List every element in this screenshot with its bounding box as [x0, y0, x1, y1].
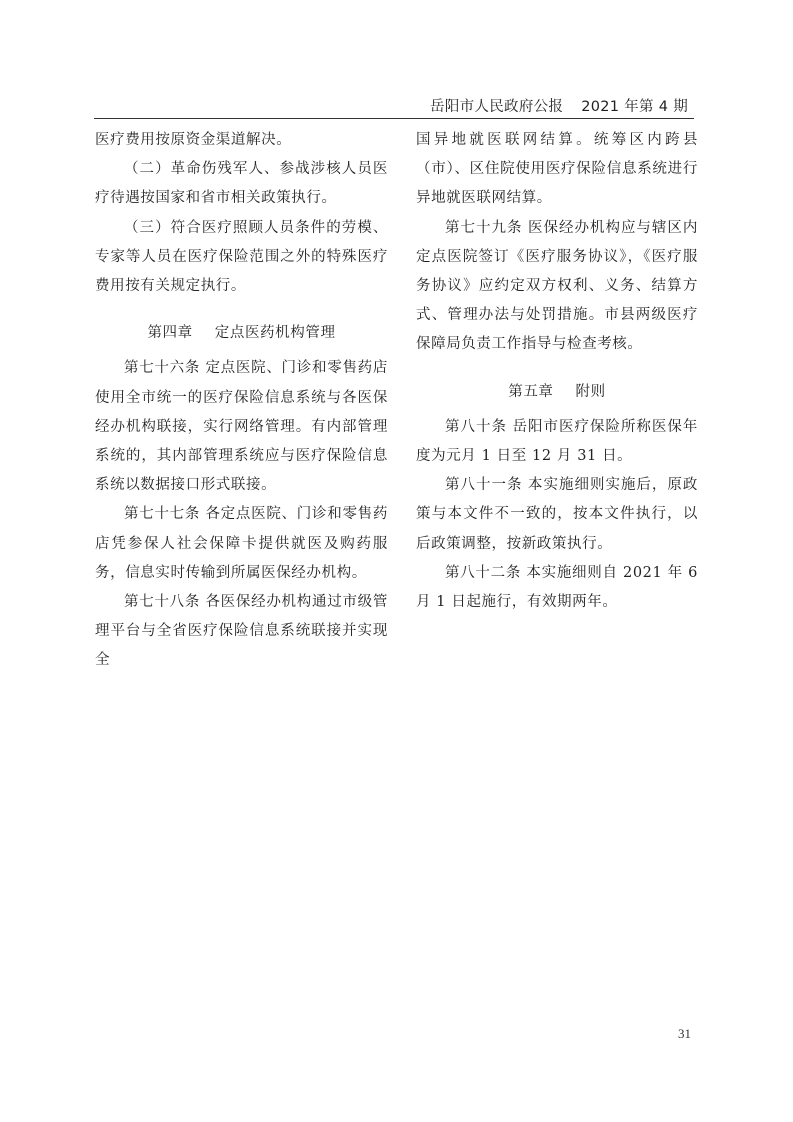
- article-77: 第七十七条 各定点医院、门诊和零售药店凭参保人社会保障卡提供就医及购药服务，信息…: [95, 500, 388, 588]
- article-78-continuation: 国异地就医联网结算。统筹区内跨县（市）、区住院使用医疗保险信息系统进行异地就医联…: [416, 126, 698, 214]
- chapter-heading-4: 第四章定点医药机构管理: [95, 301, 388, 354]
- header-text: 岳阳市人民政府公报2021 年第 4 期: [430, 99, 694, 115]
- article-79: 第七十九条 医保经办机构应与辖区内定点医院签订《医疗服务协议》，《医疗服务协议》…: [416, 214, 698, 360]
- right-column: 国异地就医联网结算。统筹区内跨县（市）、区住院使用医疗保险信息系统进行异地就医联…: [416, 126, 698, 617]
- paragraph-clause-3: （三）符合医疗照顾人员条件的劳模、专家等人员在医疗保险范围之外的特殊医疗费用按有…: [95, 214, 388, 302]
- article-80: 第八十条 岳阳市医疗保险所称医保年度为元月 1 日至 12 月 31 日。: [416, 413, 698, 471]
- article-82: 第八十二条 本实施细则自 2021 年 6 月 1 日起施行，有效期两年。: [416, 559, 698, 617]
- publication-title: 岳阳市人民政府公报: [430, 99, 563, 115]
- chapter-heading-5: 第五章附则: [416, 360, 698, 413]
- chapter-title: 附则: [576, 384, 606, 400]
- article-81: 第八十一条 本实施细则实施后，原政策与本文件不一致的，按本文件执行，以后政策调整…: [416, 471, 698, 559]
- chapter-number: 第五章: [508, 384, 553, 400]
- running-header: 岳阳市人民政府公报2021 年第 4 期: [94, 96, 694, 119]
- chapter-number: 第四章: [147, 325, 192, 341]
- issue-label: 2021 年第 4 期: [581, 99, 688, 115]
- left-column: 医疗费用按原资金渠道解决。 （二）革命伤残军人、参战涉核人员医疗待遇按国家和省市…: [95, 126, 388, 676]
- article-78-start: 第七十八条 各医保经办机构通过市级管理平台与全省医疗保险信息系统联接并实现全: [95, 588, 388, 676]
- page-number: 31: [678, 1026, 691, 1042]
- paragraph-continuation: 医疗费用按原资金渠道解决。: [95, 126, 388, 155]
- article-76: 第七十六条 定点医院、门诊和零售药店使用全市统一的医疗保险信息系统与各医保经办机…: [95, 354, 388, 500]
- paragraph-clause-2: （二）革命伤残军人、参战涉核人员医疗待遇按国家和省市相关政策执行。: [95, 155, 388, 213]
- chapter-title: 定点医药机构管理: [215, 325, 336, 341]
